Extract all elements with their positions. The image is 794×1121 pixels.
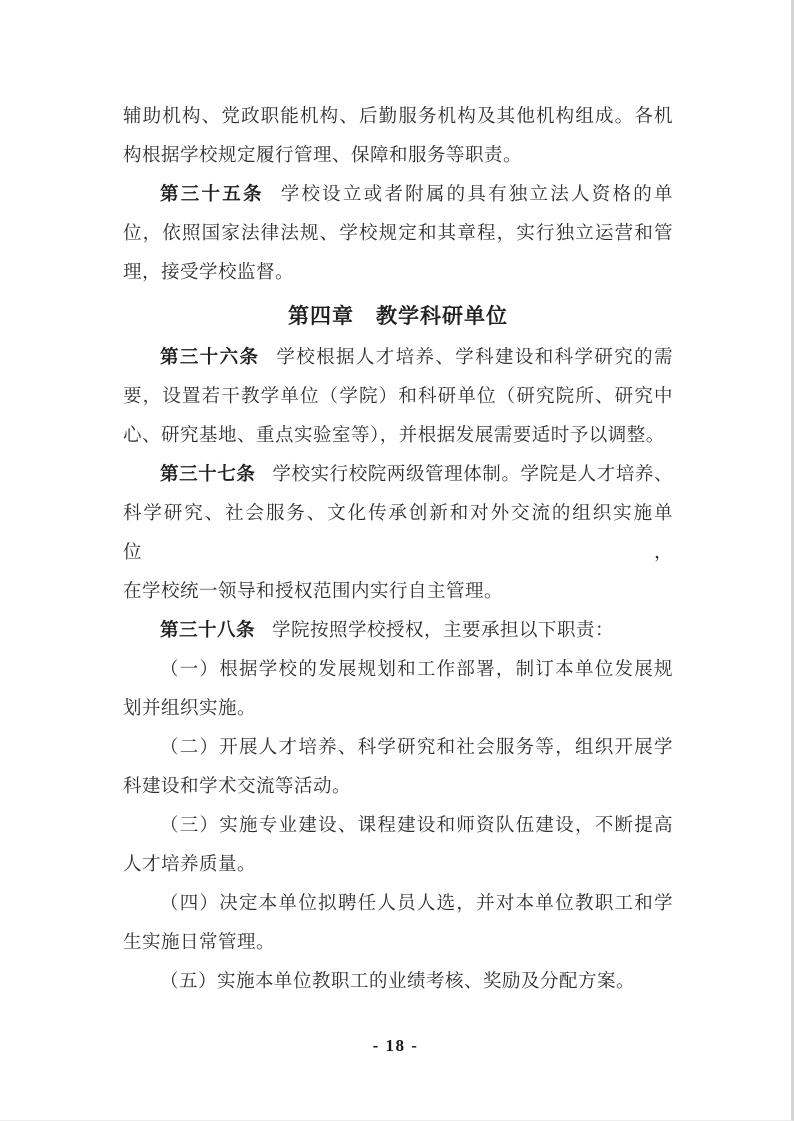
text-line: 科学研究、社会服务、文化传承创新和对外交流的组织实施单位，	[123, 495, 673, 573]
document-body: 辅助机构、党政职能机构、后勤服务机构及其他机构组成。各机构根据学校规定履行管理、…	[123, 98, 673, 1002]
article-text: 学校根据人才培养、学科建设和科学研究的需	[276, 348, 673, 368]
document-page: 辅助机构、党政职能机构、后勤服务机构及其他机构组成。各机构根据学校规定履行管理、…	[0, 0, 794, 1121]
text-line: 第三十六条学校根据人才培养、学科建设和科学研究的需	[123, 339, 673, 378]
article-text: 学校实行校院两级管理体制。学院是人才培养、	[272, 465, 673, 485]
text-line: （二）开展人才培养、科学研究和社会服务等，组织开展学	[123, 729, 673, 768]
text-line: 在学校统一领导和授权范围内实行自主管理。	[123, 573, 673, 612]
text-line: （四）决定本单位拟聘任人员人选，并对本单位教职工和学	[123, 885, 673, 924]
chapter-heading: 第四章 教学科研单位	[123, 293, 673, 339]
text-line: 划并组织实施。	[123, 690, 673, 729]
text-line: 科建设和学术交流等活动。	[123, 768, 673, 807]
article-number: 第三十五条	[160, 185, 264, 205]
text-line: 理，接受学校监督。	[123, 254, 673, 293]
text-line: 生实施日常管理。	[123, 924, 673, 963]
text-line: 第三十八条学院按照学校授权，主要承担以下职责：	[123, 612, 673, 651]
text-line: 第三十五条学校设立或者附属的具有独立法人资格的单	[123, 176, 673, 215]
article-text: 学院按照学校授权，主要承担以下职责：	[272, 621, 614, 641]
page-number: - 18 -	[0, 1036, 791, 1056]
article-number: 第三十七条	[160, 465, 255, 485]
text-line: 要，设置若干教学单位（学院）和科研单位（研究院所、研究中	[123, 378, 673, 417]
text-line: 心、研究基地、重点实验室等），并根据发展需要适时予以调整。	[123, 417, 673, 456]
text-line: （一）根据学校的发展规划和工作部署，制订本单位发展规	[123, 651, 673, 690]
text-line: 人才培养质量。	[123, 846, 673, 885]
text-line: 构根据学校规定履行管理、保障和服务等职责。	[123, 137, 673, 176]
text-line: 辅助机构、党政职能机构、后勤服务机构及其他机构组成。各机	[123, 98, 673, 137]
article-number: 第三十六条	[160, 348, 259, 368]
text-line: （五）实施本单位教职工的业绩考核、奖励及分配方案。	[123, 963, 673, 1002]
article-text: 学校设立或者附属的具有独立法人资格的单	[281, 185, 673, 205]
text-line: 位，依照国家法律法规、学校规定和其章程，实行独立运营和管	[123, 215, 673, 254]
text-line: （三）实施专业建设、课程建设和师资队伍建设，不断提高	[123, 807, 673, 846]
article-number: 第三十八条	[160, 621, 255, 641]
text-line: 第三十七条学校实行校院两级管理体制。学院是人才培养、	[123, 456, 673, 495]
